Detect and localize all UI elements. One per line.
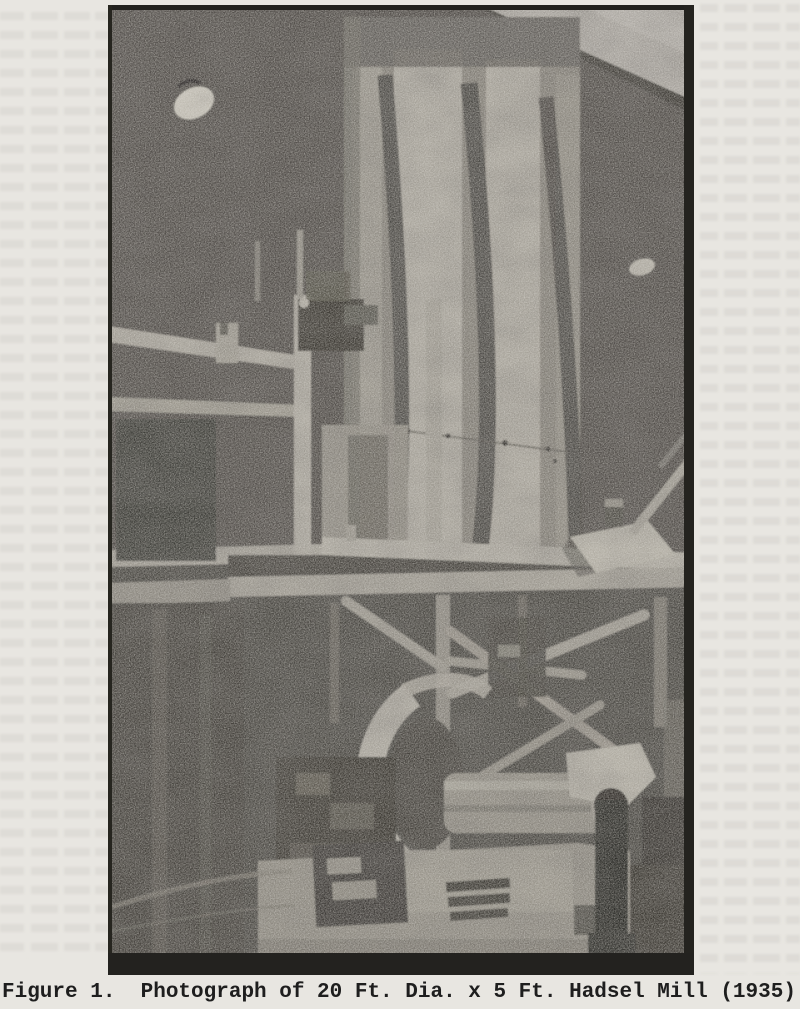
margin-ghost-text-right [700, 4, 800, 974]
mill-photo-art [108, 5, 694, 975]
figure-1-photograph [108, 5, 694, 975]
figure-caption: Figure 1. Photograph of 20 Ft. Dia. x 5 … [2, 980, 798, 1005]
margin-ghost-text-left [0, 12, 108, 957]
document-page: Figure 1. Photograph of 20 Ft. Dia. x 5 … [0, 0, 800, 1009]
